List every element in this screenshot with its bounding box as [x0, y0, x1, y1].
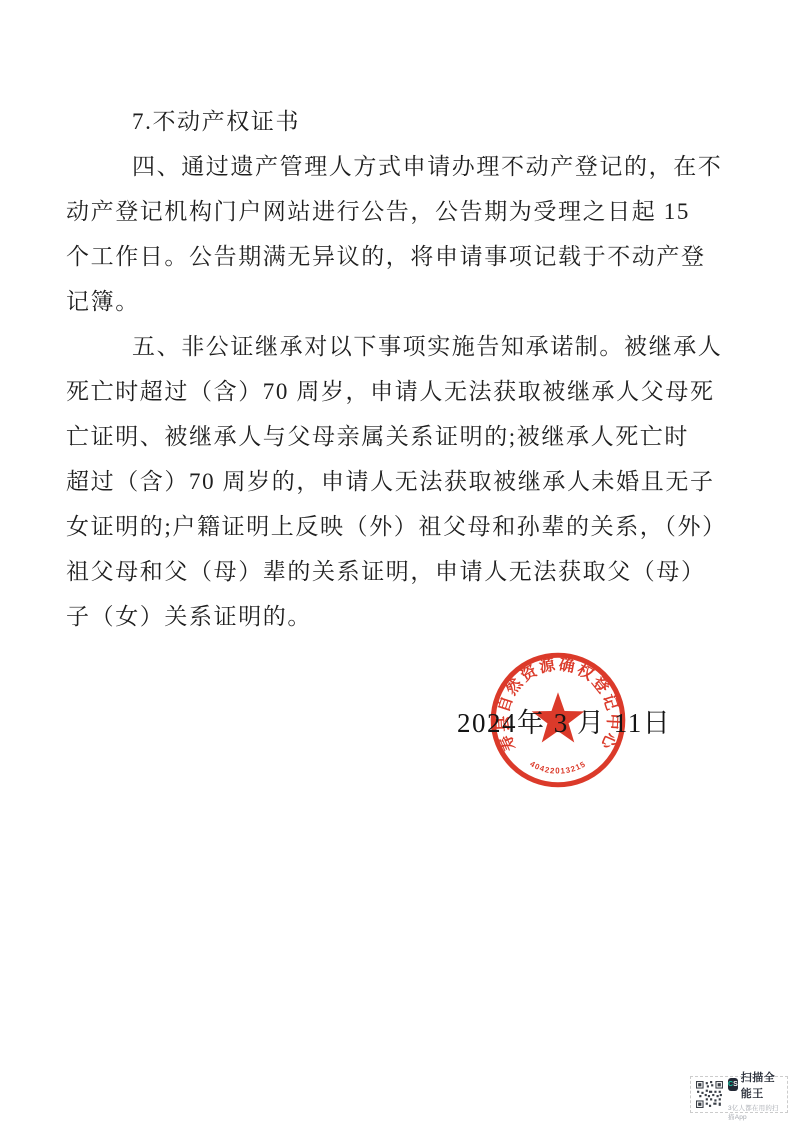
- text-line: 个工作日。公告期满无异议的，将申请事项记载于不动产登: [66, 234, 670, 279]
- text-line: 动产登记机构门户网站进行公告，公告期为受理之日起 15: [66, 189, 670, 234]
- text-line: 死亡时超过（含）70 周岁，申请人无法获取被继承人父母死: [66, 369, 670, 414]
- watermark-app-name: 扫描全能王: [741, 1069, 782, 1101]
- text-line: 超过（含）70 周岁的，申请人无法获取被继承人未婚且无子: [66, 459, 670, 504]
- qr-code-icon: [696, 1081, 723, 1108]
- text-line: 女证明的;户籍证明上反映（外）祖父母和孙辈的关系，（外）: [66, 504, 670, 549]
- text-line: 记簿。: [66, 279, 670, 324]
- text-line: 7.不动产权证书: [66, 99, 670, 144]
- text-line: 五、非公证继承对以下事项实施告知承诺制。被继承人: [66, 324, 670, 369]
- document-text-block: 7.不动产权证书 四、通过遗产管理人方式申请办理不动产登记的，在不 动产登记机构…: [66, 99, 670, 639]
- text-line: 子（女）关系证明的。: [66, 594, 670, 639]
- document-date: 2024年 3 月 11日: [457, 701, 671, 740]
- scanned-document-page: 7.不动产权证书 四、通过遗产管理人方式申请办理不动产登记的，在不 动产登记机构…: [0, 0, 793, 1122]
- text-line: 亡证明、被继承人与父母亲属关系证明的;被继承人死亡时: [66, 414, 670, 459]
- scanner-watermark: CS 扫描全能王 3亿人都在用的扫描App: [690, 1076, 788, 1113]
- text-line: 四、通过遗产管理人方式申请办理不动产登记的，在不: [66, 144, 670, 189]
- text-line: 祖父母和父（母）辈的关系证明，申请人无法获取父（母）: [66, 549, 670, 594]
- watermark-text-group: CS 扫描全能王 3亿人都在用的扫描App: [728, 1069, 782, 1121]
- watermark-tagline: 3亿人都在用的扫描App: [728, 1103, 782, 1121]
- camscanner-logo-icon: CS: [728, 1078, 738, 1091]
